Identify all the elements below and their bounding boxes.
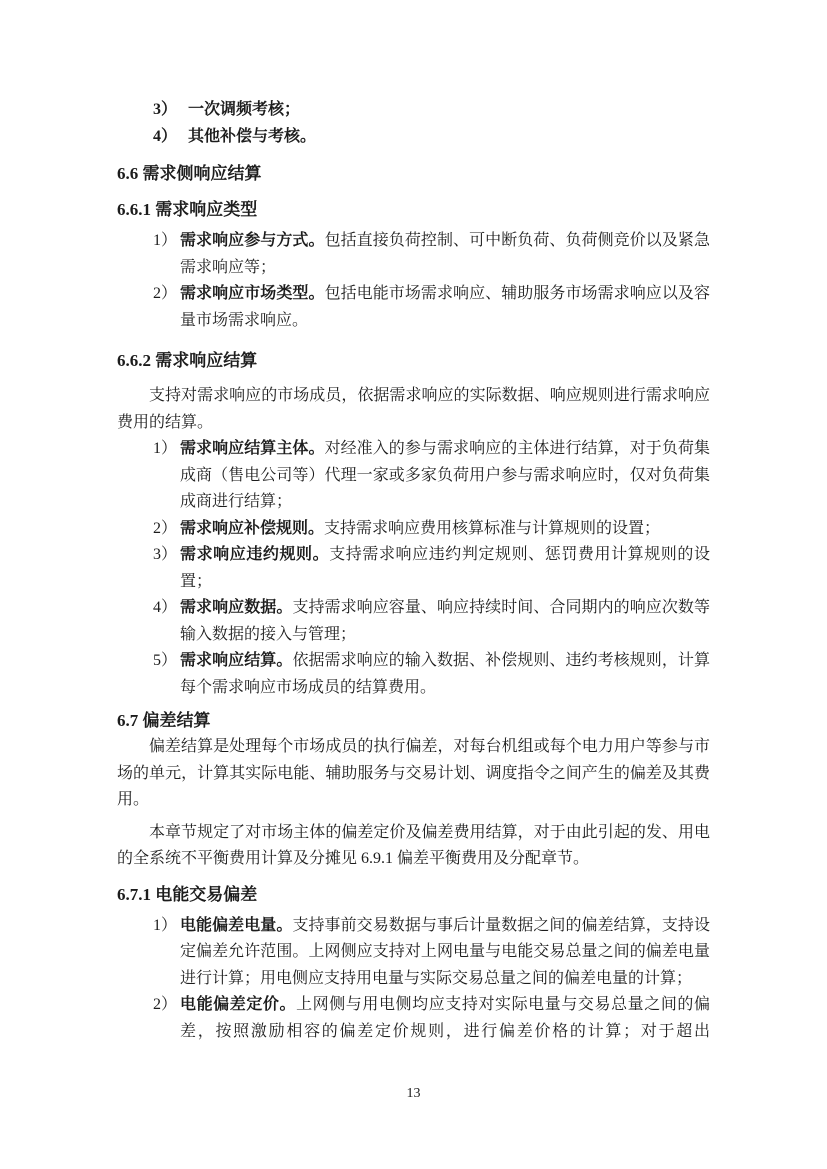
document-page: 3） 一次调频考核； 4） 其他补偿与考核。 6.6 需求侧响应结算 6.6.1…	[0, 0, 827, 1169]
list-item-term: 需求响应市场类型。	[180, 285, 325, 302]
page-content: 3） 一次调频考核； 4） 其他补偿与考核。 6.6 需求侧响应结算 6.6.1…	[117, 97, 710, 1045]
list-item-number: 3）	[153, 97, 177, 124]
list-item-term: 电能偏差定价。	[180, 996, 296, 1013]
section-heading-6-7-1: 6.7.1 电能交易偏差	[117, 881, 710, 908]
list-6-6-1: 1）需求响应参与方式。包括直接负荷控制、可中断负荷、负荷侧竞价以及紧急需求响应等…	[117, 228, 710, 334]
paragraph: 偏差结算是处理每个市场成员的执行偏差，对每台机组或每个电力用户等参与市场的单元，…	[117, 734, 710, 814]
list-item: 2）需求响应市场类型。包括电能市场需求响应、辅助服务市场需求响应以及容量市场需求…	[117, 281, 710, 334]
paragraph: 支持对需求响应的市场成员，依据需求响应的实际数据、响应规则进行需求响应费用的结算…	[117, 383, 710, 436]
list-6-6-2: 1）需求响应结算主体。对经准入的参与需求响应的主体进行结算，对于负荷集成商（售电…	[117, 436, 710, 701]
list-item-label: 其他补偿与考核。	[188, 128, 316, 145]
list-item: 1）电能偏差电量。支持事前交易数据与事后计量数据之间的偏差结算，支持设定偏差允许…	[117, 913, 710, 993]
list-item-term: 电能偏差电量。	[180, 917, 292, 934]
list-item-number: 2）	[153, 516, 177, 543]
list-item: 4） 其他补偿与考核。	[117, 124, 710, 151]
list-item: 4）需求响应数据。支持需求响应容量、响应持续时间、合同期内的响应次数等输入数据的…	[117, 595, 710, 648]
list-6-7-1: 1）电能偏差电量。支持事前交易数据与事后计量数据之间的偏差结算，支持设定偏差允许…	[117, 913, 710, 1046]
list-item-number: 2）	[153, 992, 177, 1019]
section-heading-6-6: 6.6 需求侧响应结算	[117, 160, 710, 187]
list-item-number: 1）	[153, 913, 177, 940]
list-item-term: 需求响应结算。	[180, 652, 292, 669]
list-item-term: 需求响应结算主体。	[180, 440, 325, 457]
list-item: 5）需求响应结算。依据需求响应的输入数据、补偿规则、违约考核规则，计算每个需求响…	[117, 648, 710, 701]
list-item-term: 需求响应参与方式。	[180, 232, 325, 249]
page-number: 13	[0, 1085, 827, 1103]
list-item: 2）电能偏差定价。上网侧与用电侧均应支持对实际电量与交易总量之间的偏差，按照激励…	[117, 992, 710, 1045]
list-item: 2）需求响应补偿规则。支持需求响应费用核算标准与计算规则的设置；	[117, 516, 710, 543]
list-item-term: 需求响应数据。	[180, 599, 292, 616]
list-item-label: 一次调频考核；	[188, 101, 300, 118]
section-heading-6-6-1: 6.6.1 需求响应类型	[117, 196, 710, 223]
list-item: 3）需求响应违约规则。支持需求响应违约判定规则、惩罚费用计算规则的设置；	[117, 542, 710, 595]
list-item-number: 1）	[153, 436, 177, 463]
list-item-term: 需求响应补偿规则。	[180, 520, 324, 537]
list-item-number: 3）	[153, 542, 177, 569]
list-item-number: 4）	[153, 124, 177, 151]
list-item-number: 5）	[153, 648, 177, 675]
list-item-number: 2）	[153, 281, 177, 308]
list-item: 1）需求响应结算主体。对经准入的参与需求响应的主体进行结算，对于负荷集成商（售电…	[117, 436, 710, 516]
continuation-list: 3） 一次调频考核； 4） 其他补偿与考核。	[117, 97, 710, 150]
list-item-number: 4）	[153, 595, 177, 622]
paragraph: 本章节规定了对市场主体的偏差定价及偏差费用结算，对于由此引起的发、用电的全系统不…	[117, 820, 710, 873]
section-heading-6-6-2: 6.6.2 需求响应结算	[117, 347, 710, 374]
list-item-term: 需求响应违约规则。	[180, 546, 329, 563]
section-heading-6-7: 6.7 偏差结算	[117, 707, 710, 734]
list-item: 3） 一次调频考核；	[117, 97, 710, 124]
list-item-number: 1）	[153, 228, 177, 255]
list-item: 1）需求响应参与方式。包括直接负荷控制、可中断负荷、负荷侧竞价以及紧急需求响应等…	[117, 228, 710, 281]
list-item-text: 支持需求响应费用核算标准与计算规则的设置；	[324, 520, 660, 537]
